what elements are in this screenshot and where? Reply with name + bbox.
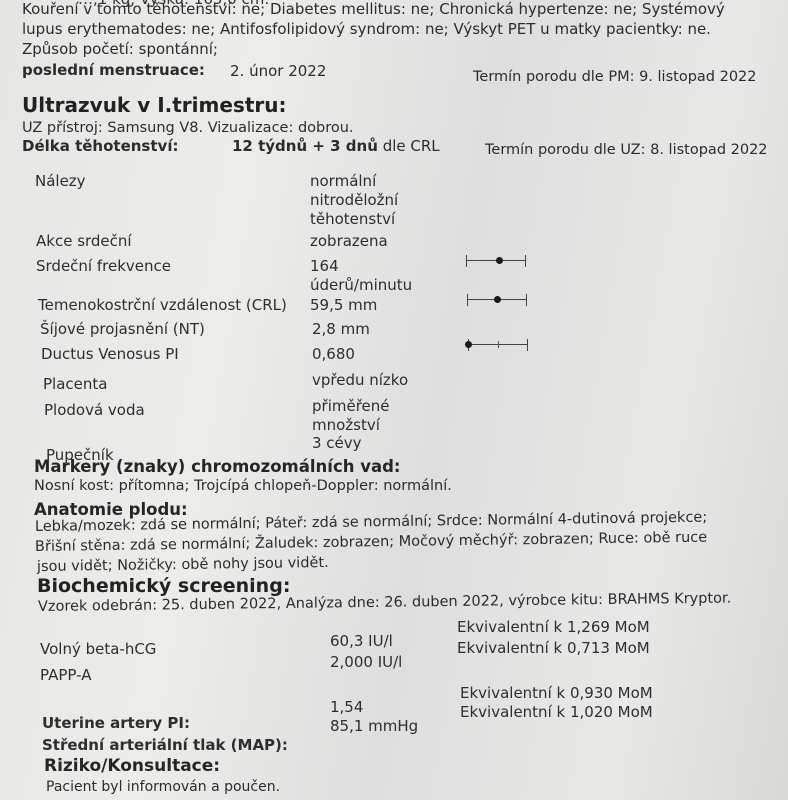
markers-text: Nosní kost: přítomna; Trojcípá chlopeň-D… [34, 477, 452, 495]
biochem-value-map: 85,1 mmHg [330, 717, 418, 736]
gestational-age-suffix: dle CRL [383, 137, 440, 155]
finding-label: Ductus Venosus PI [41, 345, 179, 363]
medical-report-page: …,1 kg, Výška: 165,0 cm. Kouření v tomto… [0, 0, 788, 800]
finding-value: zobrazena [310, 232, 388, 251]
anatomy-line-3: jsou vidět; Nožičky: obě nohy jsou vidět… [37, 554, 329, 576]
biochem-label-pappa: PAPP-A [40, 666, 91, 684]
finding-value: 0,680 [312, 345, 355, 364]
biochem-mom-hcg: Ekvivalentní k 1,269 MoM [457, 618, 650, 637]
biochem-value-uterine: 1,54 [330, 698, 363, 717]
finding-label: Nálezy [35, 172, 86, 190]
gestational-age-value: 12 týdnů + 3 dnů [232, 137, 378, 155]
range-indicator [468, 339, 528, 351]
range-indicator [467, 294, 527, 306]
finding-value: 164 [310, 257, 339, 276]
biochem-label-map: Střední arteriální tlak (MAP): [42, 736, 288, 754]
biochem-mom-map: Ekvivalentní k 1,020 MoM [460, 703, 653, 722]
finding-value: 59,5 mm [310, 296, 377, 315]
history-line-2: lupus erythematodes: ne; Antifosfolipido… [22, 20, 711, 38]
range-marker-dot [496, 257, 503, 264]
finding-value: přiměřené [312, 397, 390, 416]
gestational-age-label: Délka těhotenství: [22, 137, 178, 155]
risk-title: Riziko/Konsultace: [44, 757, 220, 775]
markers-title: Markery (znaky) chromozomálních vad: [34, 458, 401, 476]
gestational-age: 12 týdnů + 3 dnů dle CRL [232, 137, 440, 155]
lmp-label: poslední menstruace: [22, 61, 205, 79]
finding-label: Temenokostrční vzdálenost (CRL) [38, 296, 287, 314]
biochem-label-hcg: Volný beta-hCG [40, 640, 156, 658]
lmp-value: 2. únor 2022 [230, 62, 326, 80]
range-indicator [466, 255, 526, 267]
finding-value: nitroděložní [310, 191, 398, 210]
finding-value: 2,8 mm [312, 320, 370, 339]
biochem-value-hcg: 60,3 IU/l [330, 632, 393, 651]
finding-value: úderů/minutu [310, 276, 412, 295]
finding-value: množství [312, 416, 380, 435]
finding-label: Akce srdeční [36, 232, 132, 250]
due-date-pm: Termín porodu dle PM: 9. listopad 2022 [473, 68, 757, 86]
finding-label: Placenta [43, 375, 107, 393]
ultrasound-device: UZ přístroj: Samsung V8. Vizualizace: do… [22, 119, 354, 137]
due-date-uz: Termín porodu dle UZ: 8. listopad 2022 [485, 141, 768, 159]
biochem-value-pappa: 2,000 IU/l [330, 653, 402, 672]
biochem-mom-uterine: Ekvivalentní k 0,930 MoM [460, 684, 653, 703]
finding-label: Srdeční frekvence [36, 257, 171, 275]
risk-text: Pacient byl informován a poučen. [46, 778, 280, 796]
finding-value: těhotenství [310, 210, 395, 229]
biochem-mom-pappa: Ekvivalentní k 0,713 MoM [457, 639, 650, 658]
finding-value: normální [310, 172, 376, 191]
range-marker-dot [494, 296, 501, 303]
finding-value: vpředu nízko [312, 371, 408, 390]
biochem-label-uterine: Uterine artery PI: [42, 714, 190, 732]
conception-line: Způsob početí: spontánní; [22, 40, 218, 58]
ultrasound-title: Ultrazvuk v I.trimestru: [22, 96, 286, 114]
history-line-1: Kouření v tomto těhotenství: ne; Diabete… [22, 0, 725, 18]
finding-label: Šíjové projasnění (NT) [40, 320, 205, 338]
finding-value: 3 cévy [312, 434, 362, 453]
range-marker-dot [465, 341, 472, 348]
biochem-title: Biochemický screening: [37, 577, 290, 595]
finding-label: Plodová voda [44, 401, 145, 419]
